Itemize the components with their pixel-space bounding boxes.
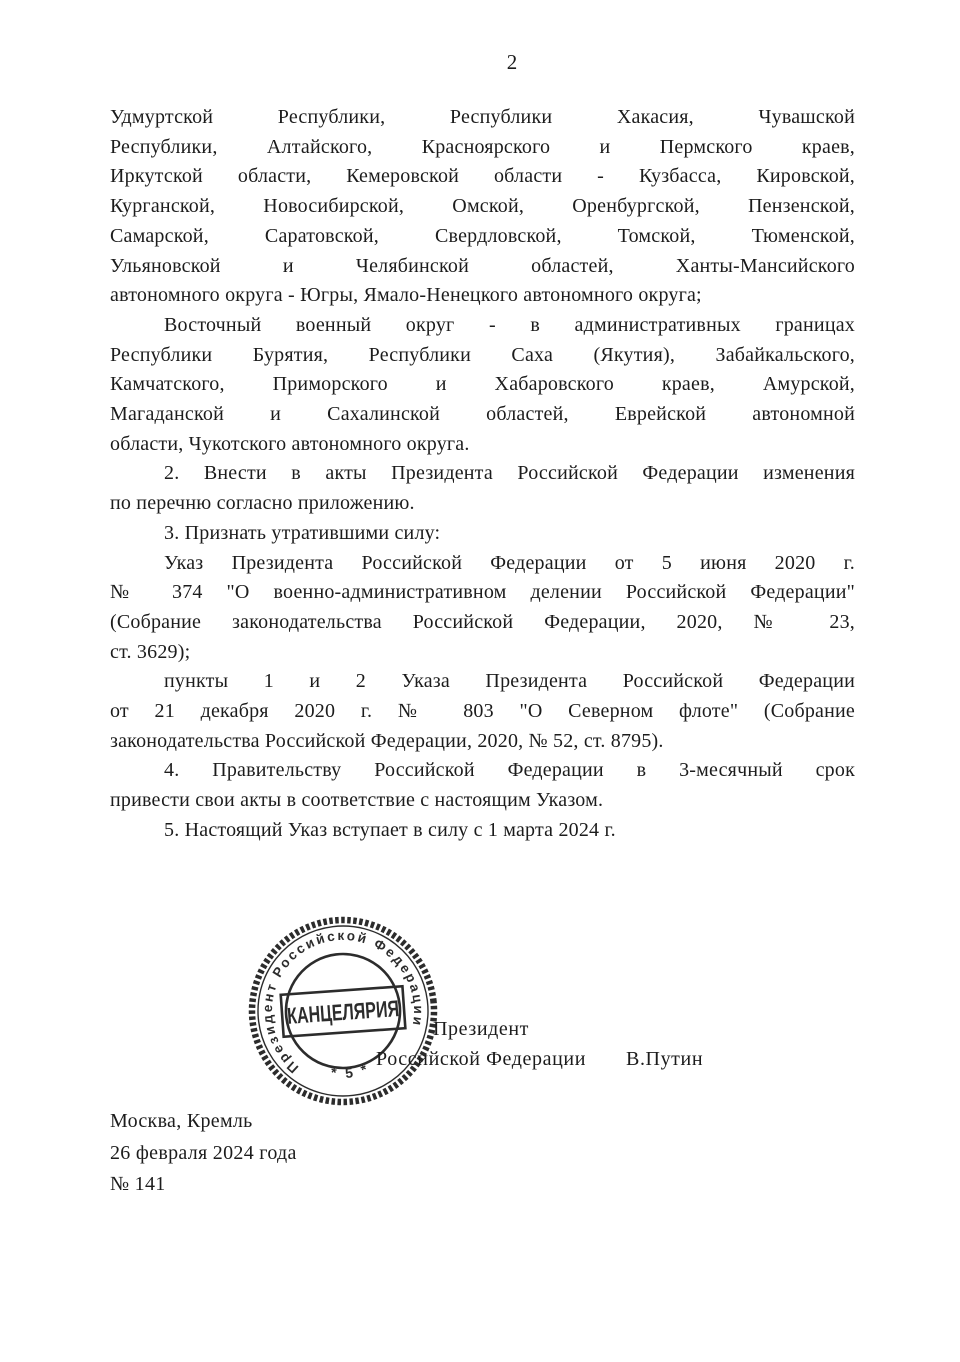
text-line: (Собрание законодательства Российской Фе… <box>110 608 855 638</box>
text-line: ст. 3629); <box>110 638 855 668</box>
signatory-name: В.Путин <box>626 1044 703 1074</box>
issuance-block: Москва, Кремль 26 февраля 2024 года № 14… <box>110 1106 297 1201</box>
text-line: Камчатского, Приморского и Хабаровского … <box>110 370 855 400</box>
text-line: 3. Признать утратившими силу: <box>110 519 855 549</box>
text-line: автономного округа - Югры, Ямало-Ненецко… <box>110 281 855 311</box>
text-line: Удмуртской Республики, Республики Хакаси… <box>110 103 855 133</box>
text-line: по перечню согласно приложению. <box>110 489 855 519</box>
text-line: 5. Настоящий Указ вступает в силу с 1 ма… <box>110 816 855 846</box>
issuance-place: Москва, Кремль <box>110 1106 297 1138</box>
text-line: Указ Президента Российской Федерации от … <box>110 549 855 579</box>
text-line: Иркутской области, Кемеровской области -… <box>110 162 855 192</box>
document-body: Удмуртской Республики, Республики Хакаси… <box>110 103 855 846</box>
text-line: привести свои акты в соответствие с наст… <box>110 786 855 816</box>
issuance-number: № 141 <box>110 1169 297 1201</box>
chancellery-stamp: Президент Российской Федерации * 5 * КАН… <box>243 911 443 1111</box>
text-line: Самарской, Саратовской, Свердловской, То… <box>110 222 855 252</box>
page-number: 2 <box>112 50 912 75</box>
document-page: 2 Удмуртской Республики, Республики Хака… <box>0 0 960 1362</box>
text-line: Республики, Алтайского, Красноярского и … <box>110 133 855 163</box>
text-line: Курганской, Новосибирской, Омской, Оренб… <box>110 192 855 222</box>
text-line: 2. Внести в акты Президента Российской Ф… <box>110 459 855 489</box>
text-line: области, Чукотского автономного округа. <box>110 430 855 460</box>
text-line: Республики Бурятия, Республики Саха (Яку… <box>110 341 855 371</box>
text-line: законодательства Российской Федерации, 2… <box>110 727 855 757</box>
text-line: 4. Правительству Российской Федерации в … <box>110 756 855 786</box>
text-line: пункты 1 и 2 Указа Президента Российской… <box>110 667 855 697</box>
text-line: Магаданской и Сахалинской областей, Евре… <box>110 400 855 430</box>
text-line: № 374 "О военно-административном делении… <box>110 578 855 608</box>
stamp-ring-bottom-text: * 5 * <box>328 1059 372 1083</box>
text-line: Восточный военный округ - в администрати… <box>110 311 855 341</box>
text-line: Ульяновской и Челябинской областей, Хант… <box>110 252 855 282</box>
text-line: от 21 декабря 2020 г. № 803 "О Северном … <box>110 697 855 727</box>
issuance-date: 26 февраля 2024 года <box>110 1138 297 1170</box>
stamp-center-text: КАНЦЕЛЯРИЯ <box>286 995 400 1029</box>
